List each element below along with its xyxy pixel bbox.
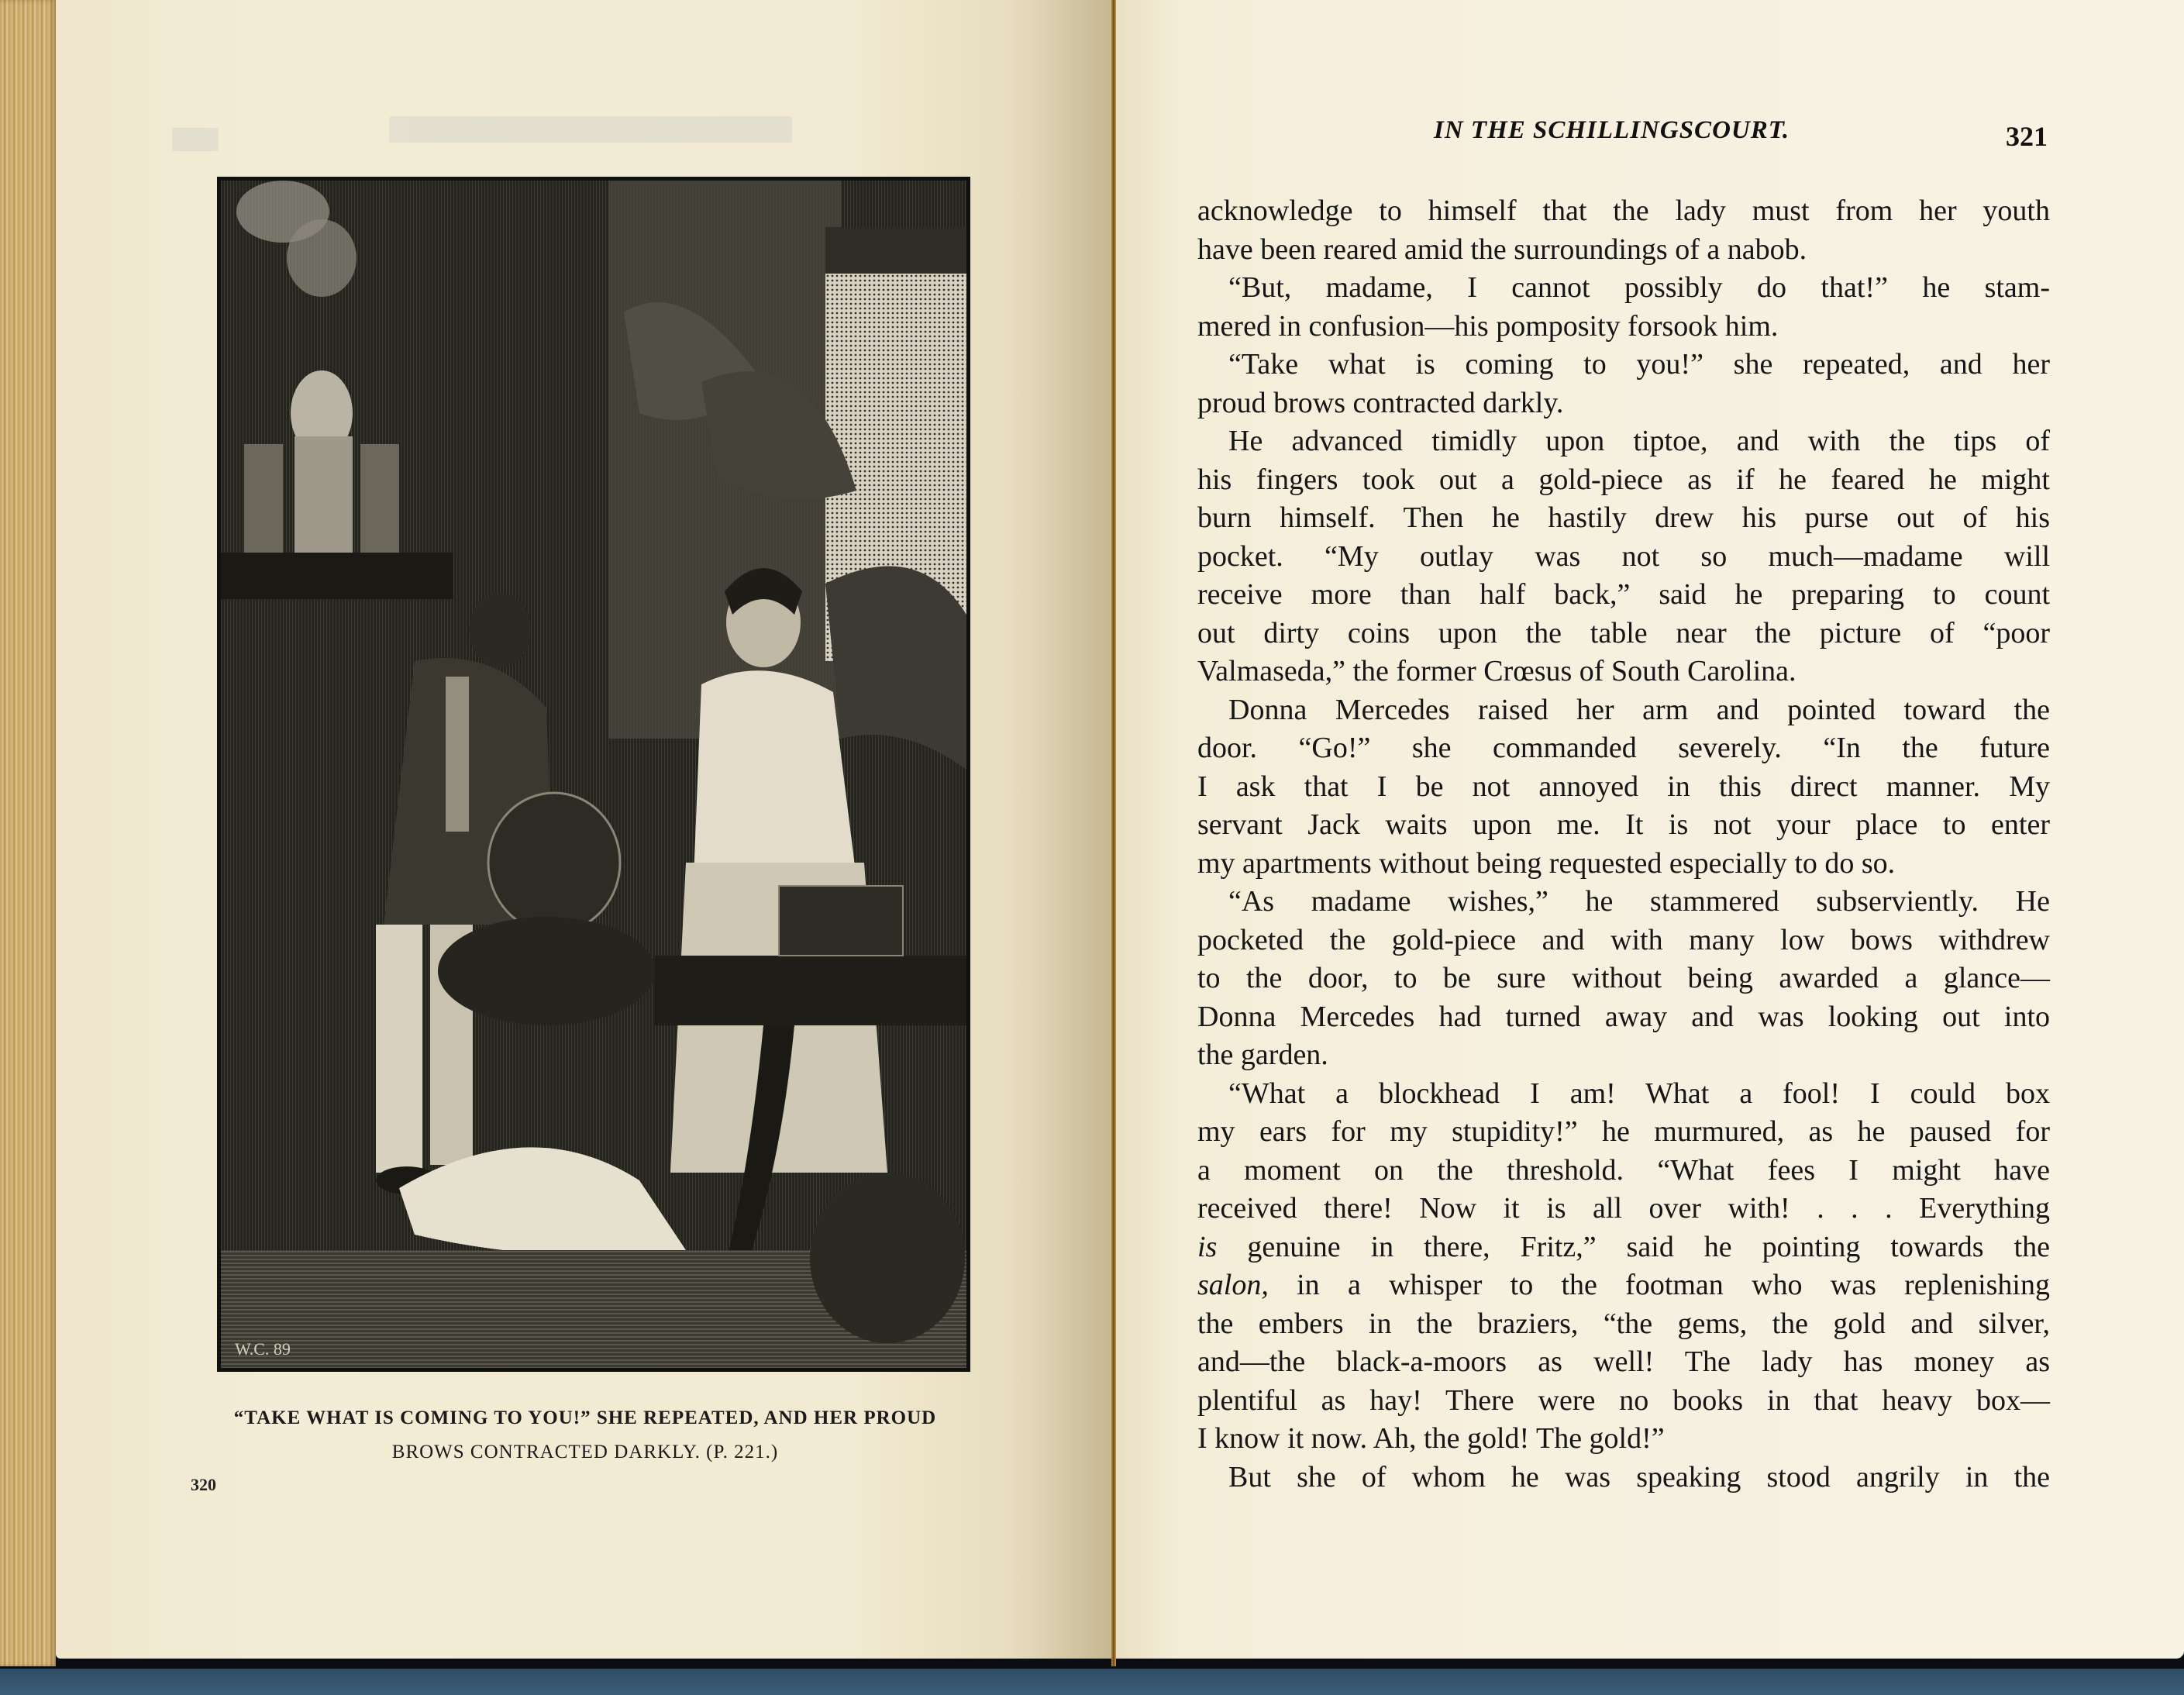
caption-line-2: brows contracted darkly. (P. 221.) (186, 1435, 984, 1469)
bleed-through-running-head (389, 116, 792, 143)
left-page-number: 320 (191, 1475, 216, 1495)
text-line: burn himself. Then he hastily drew his p… (1197, 499, 2050, 538)
text-line: He advanced timidly upon tiptoe, and wit… (1197, 422, 2050, 461)
text-line: is genuine in there, Fritz,” said he poi… (1197, 1228, 2050, 1267)
text-line: I ask that I be not annoyed in this dire… (1197, 768, 2050, 807)
text-line: receive more than half back,” said he pr… (1197, 576, 2050, 615)
bleed-through-page-number (172, 128, 219, 151)
text-line: his fingers took out a gold-piece as if … (1197, 461, 2050, 500)
text-line: mered in confusion—his pomposity forsook… (1197, 308, 2050, 346)
text-line: have been reared amid the surroundings o… (1197, 231, 2050, 270)
illustration-caption: “Take what is coming to you!” she repeat… (186, 1401, 984, 1469)
text-line: pocket. “My outlay was not so much—madam… (1197, 538, 2050, 577)
text-line: servant Jack waits upon me. It is not yo… (1197, 806, 2050, 845)
text-line: “But, madame, I cannot possibly do that!… (1197, 269, 2050, 308)
illustration-engraving: W.C. 89 (217, 177, 970, 1372)
running-head: IN THE SCHILLINGSCOURT. (1434, 116, 1790, 145)
left-page-edges (0, 0, 56, 1666)
text-line: my ears for my stupidity!” he murmured, … (1197, 1113, 2050, 1152)
text-line: salon, in a whisper to the footman who w… (1197, 1266, 2050, 1305)
text-line: pocketed the gold-piece and with many lo… (1197, 922, 2050, 960)
text-line: I know it now. Ah, the gold! The gold!” (1197, 1420, 2050, 1459)
text-line: received there! Now it is all over with!… (1197, 1190, 2050, 1228)
text-line: Donna Mercedes raised her arm and pointe… (1197, 691, 2050, 730)
text-line: the garden. (1197, 1036, 2050, 1075)
text-line: door. “Go!” she commanded severely. “In … (1197, 729, 2050, 768)
table-backdrop (0, 1655, 2184, 1695)
text-line: proud brows contracted darkly. (1197, 384, 2050, 423)
text-line: “What a blockhead I am! What a fool! I c… (1197, 1075, 2050, 1114)
text-line: But she of whom he was speaking stood an… (1197, 1459, 2050, 1497)
engraving-scene: W.C. 89 (221, 181, 966, 1368)
text-line: Donna Mercedes had turned away and was l… (1197, 998, 2050, 1037)
engraver-signature: W.C. 89 (235, 1339, 291, 1359)
text-line: my apartments without being requested es… (1197, 845, 2050, 884)
text-line: “As madame wishes,” he stammered subserv… (1197, 883, 2050, 922)
body-text: acknowledge to himself that the lady mus… (1197, 192, 2050, 1497)
text-line: “Take what is coming to you!” she repeat… (1197, 346, 2050, 384)
text-line: plentiful as hay! There were no books in… (1197, 1382, 2050, 1421)
text-line: to the door, to be sure without being aw… (1197, 959, 2050, 998)
text-line: and—the black-a-moors as well! The lady … (1197, 1343, 2050, 1382)
text-line: out dirty coins upon the table near the … (1197, 615, 2050, 653)
caption-line-1: “Take what is coming to you!” she repeat… (186, 1401, 984, 1435)
text-line: a moment on the threshold. “What fees I … (1197, 1152, 2050, 1190)
text-line: acknowledge to himself that the lady mus… (1197, 192, 2050, 231)
text-line: the embers in the braziers, “the gems, t… (1197, 1305, 2050, 1344)
right-page-number: 321 (2006, 120, 2048, 153)
text-line: Valmaseda,” the former Crœsus of South C… (1197, 653, 2050, 691)
